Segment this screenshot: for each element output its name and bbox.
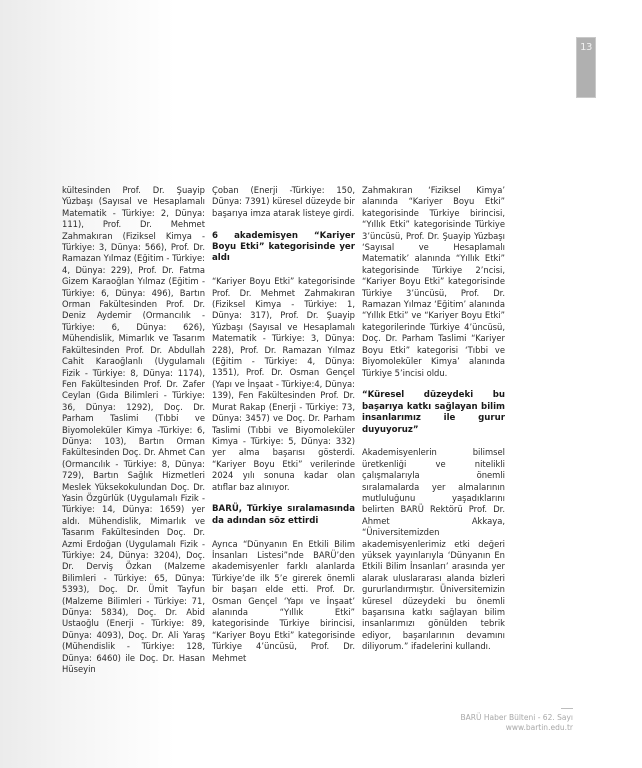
paragraph: Zahmakıran ‘Fiziksel Kimya’ alanında “Ka…	[362, 185, 505, 379]
column-2: Çoban (Enerji -Türkiye: 150, Dünya: 7391…	[212, 185, 355, 687]
column-1: kültesinden Prof. Dr. Şuayip Yüzbaşı (Sa…	[62, 185, 205, 687]
page-number: 13	[577, 38, 595, 53]
paragraph: Ayrıca “Dünyanın En Etkili Bilim İnsanla…	[212, 539, 355, 664]
section-heading-quote: “Küresel düzeydeki bu başarıya katkı sağ…	[362, 390, 505, 436]
paragraph: kültesinden Prof. Dr. Şuayip Yüzbaşı (Sa…	[62, 185, 205, 675]
page-number-tab: 13	[576, 37, 596, 98]
paragraph: “Kariyer Boyu Etki” kategorisinde Prof. …	[212, 276, 355, 493]
article-columns: kültesinden Prof. Dr. Şuayip Yüzbaşı (Sa…	[62, 185, 506, 687]
column-3: Zahmakıran ‘Fiziksel Kimya’ alanında “Ka…	[362, 185, 505, 687]
paragraph: Çoban (Enerji -Türkiye: 150, Dünya: 7391…	[212, 185, 355, 219]
footer-divider	[561, 708, 573, 709]
publication-name: BARÜ Haber Bülteni - 62. Sayı	[461, 713, 573, 723]
page-footer: BARÜ Haber Bülteni - 62. Sayı www.bartin…	[461, 708, 573, 733]
paragraph: Akademisyenlerin bilimsel üretkenliği ve…	[362, 447, 505, 652]
website-link[interactable]: www.bartin.edu.tr	[461, 723, 573, 733]
section-heading-turkey-ranking: BARÜ, Türkiye sıralamasında da adından s…	[212, 504, 355, 527]
section-heading-career-impact: 6 akademisyen “Kariyer Boyu Etki” katego…	[212, 231, 355, 265]
